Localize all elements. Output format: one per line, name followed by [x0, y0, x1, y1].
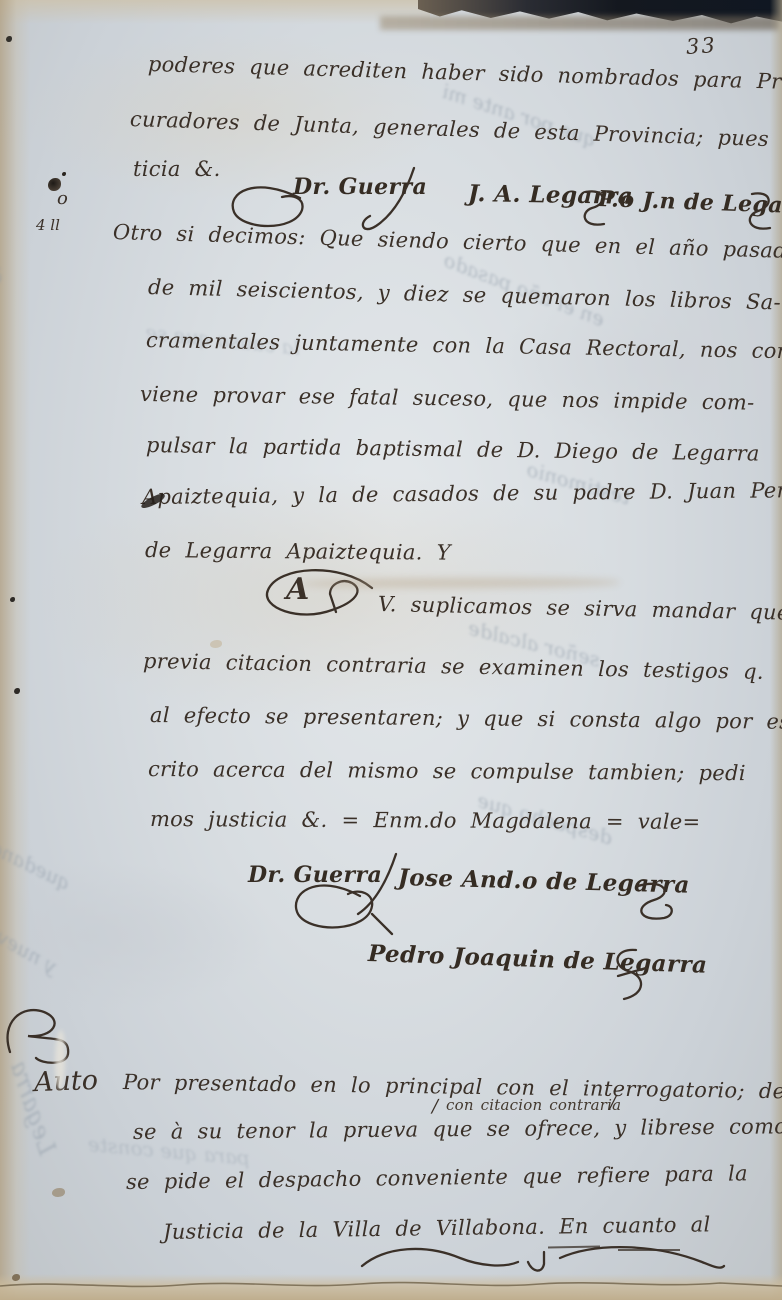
manuscript-line: de mil seiscientos, y diez se quemaron l…: [148, 275, 781, 314]
page-number: 33: [685, 33, 717, 59]
insertion-mark: ∕: [432, 1096, 438, 1117]
legarra-pj-rubric: [742, 190, 778, 236]
paper-stain: [300, 578, 620, 588]
manuscript-line: de Legarra Apaiztequia. Y: [145, 538, 451, 565]
initial-a-flourish: [262, 568, 380, 620]
manuscript-line: pulsar la partida baptismal de D. Diego …: [146, 433, 760, 466]
closing-flourish: [352, 1240, 732, 1280]
manuscript-line: al efecto se presentaren; y que si const…: [150, 703, 782, 734]
ink-speck: [62, 172, 66, 176]
margin-mark-4ll: 4 ll: [36, 216, 60, 234]
guerra-rubric-1: [222, 164, 432, 246]
manuscript-page: que se ha de hacer de la villa de presen…: [0, 0, 782, 1300]
insertion-mark: ∕: [610, 1092, 616, 1113]
manuscript-line: cramentales juntamente con la Casa Recto…: [146, 328, 782, 363]
manuscript-line: curadores de Junta, generales de esta Pr…: [130, 107, 782, 154]
manuscript-line: V. suplicamos se sirva mandar que: [378, 592, 782, 625]
initial-letter-a: A: [286, 572, 309, 607]
signature-legarra-pedro: Pedro Joaquin de Legarra: [368, 940, 708, 979]
legarra-pedro-rubric: [606, 946, 650, 1004]
margin-auto-label: Auto: [33, 1065, 98, 1098]
paper-stain: [52, 1188, 65, 1197]
manuscript-line: previa citacion contraria se examinen lo…: [143, 649, 764, 684]
manuscript-line: viene provar ese fatal suceso, que nos i…: [140, 382, 755, 415]
torn-edge-shadow: [380, 16, 780, 30]
manuscript-line: Apaiztequia, y la de casados de su padre…: [142, 478, 782, 509]
manuscript-line: mos justicia &. = Enm.do Magdalena = val…: [150, 807, 701, 834]
paper-stain: [210, 640, 222, 648]
manuscript-line: crito acerca del mismo se compulse tambi…: [148, 757, 746, 785]
paper-edge-top: [0, 0, 430, 24]
interline-insertion: con citacion contraria: [446, 1096, 621, 1114]
legarra-jose-rubric: [628, 880, 678, 924]
manuscript-line: ticia &.: [133, 157, 221, 181]
manuscript-line: se à su tenor la prueva que se ofrece, y…: [133, 1114, 782, 1144]
margin-mark-o: o: [57, 188, 68, 209]
